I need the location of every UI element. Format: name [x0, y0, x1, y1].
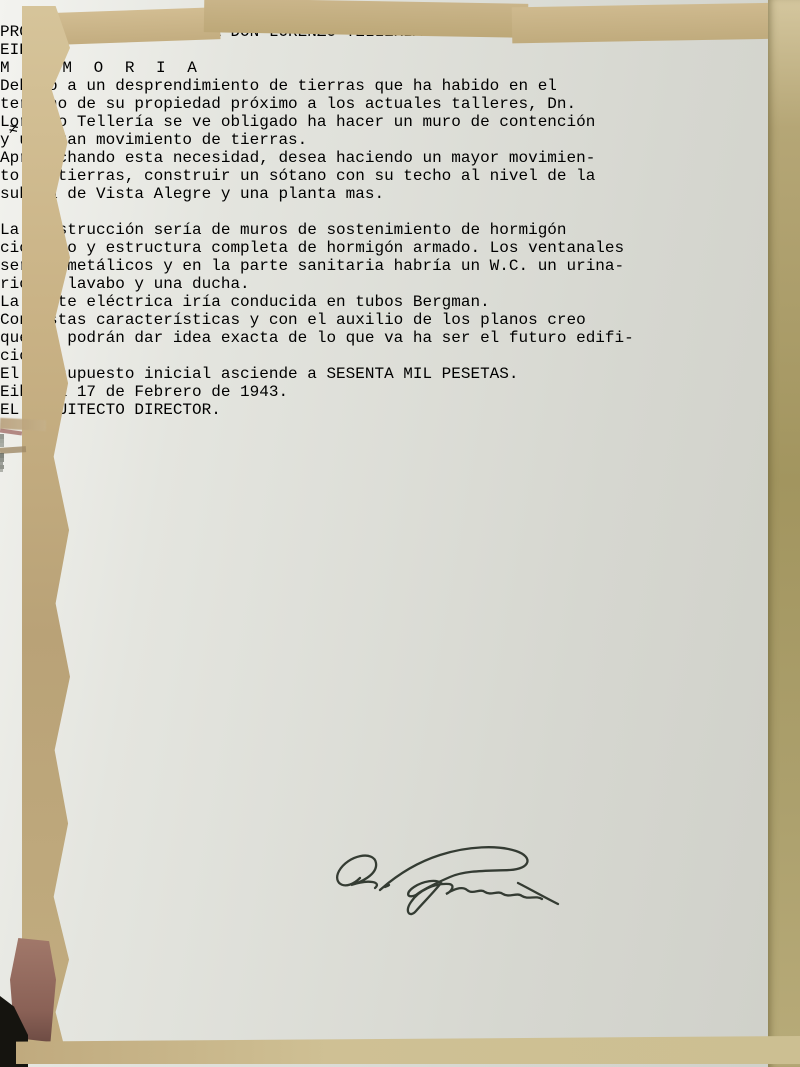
body-line: El presupuesto inicial asciende a SESENT…	[0, 365, 800, 383]
underlying-page-edge-left	[22, 6, 70, 1054]
underlying-page-edge-top	[55, 7, 220, 45]
body-line: La parte eléctrica iría conducida en tub…	[0, 293, 800, 311]
paragraph-1: Debido a un desprendimiento de tierras q…	[0, 77, 800, 149]
signature-flourish	[322, 838, 578, 916]
body-line: terreno de su propiedad próximo a los ac…	[0, 95, 800, 113]
body-line: Lorenzo Tellería se ve obligado ha hacer…	[0, 113, 800, 131]
body-line: subida de Vista Alegre y una planta mas.	[0, 185, 800, 203]
body-line: que se podrán dar idea exacta de lo que …	[0, 329, 800, 347]
paragraph-3: La construcción sería de muros de sosten…	[0, 221, 800, 293]
paragraph-5: Con estas características y con el auxil…	[0, 311, 800, 365]
pencil-speck	[0, 469, 3, 472]
document-photo: 4 PROYECTO DE TALLER PARA DON LORENZO TE…	[0, 0, 800, 1067]
table-edge-shadow	[0, 1052, 800, 1067]
body-line: La construcción sería de muros de sosten…	[0, 221, 800, 239]
closing-line: EL ARQUITECTO DIRECTOR.	[0, 401, 800, 419]
date-line: Eibar a 17 de Febrero de 1943.	[0, 383, 800, 401]
body-line: Con estas características y con el auxil…	[0, 311, 800, 329]
body-line: cio.	[0, 347, 800, 365]
memoria-heading: M E M O R I A	[0, 59, 800, 77]
pencil-speck	[0, 443, 4, 447]
paragraph-6: El presupuesto inicial asciende a SESENT…	[0, 365, 800, 383]
body-line: ciclópeo y estructura completa de hormig…	[0, 239, 800, 257]
body-line: Debido a un desprendimiento de tierras q…	[0, 77, 800, 95]
document-title-line-2: EIBAR.	[0, 41, 800, 59]
body-line: to de tierras, construir un sótano con s…	[0, 167, 800, 185]
underlying-page-edge-right	[768, 0, 800, 1067]
paragraph-4: La parte eléctrica iría conducida en tub…	[0, 293, 800, 311]
